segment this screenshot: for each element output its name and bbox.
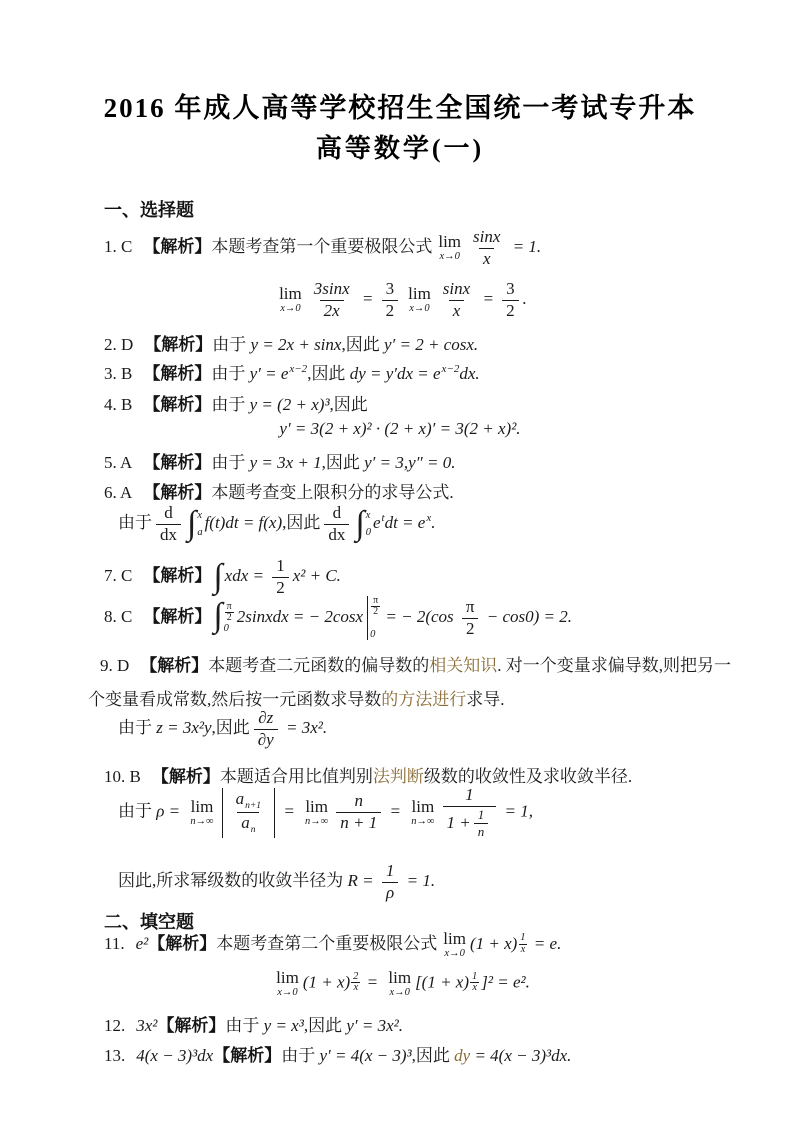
solution-line-10: 10. B【解析】本题适合用比值判别法判断级数的收敛性及求收敛半径. [0,762,800,787]
text-run: ,因此 [304,1016,347,1035]
math-run: R = [348,871,378,890]
integral-sign: ∫ [187,508,196,540]
text-run: 由于 [281,1046,319,1065]
fraction-denominator: x [479,248,495,269]
math-run: ρ = [156,802,184,821]
math-limit: limx→0 [438,233,461,263]
math-limit: limx→0 [388,969,411,999]
text-run: 相关知识 [429,656,497,675]
fraction-denominator: 2 [272,577,289,598]
math-run: dy [454,1046,470,1065]
analysis-tag: 【解析】 [143,364,211,383]
fraction-denominator: 2 [382,300,399,321]
math-limit: limx→0 [443,930,466,960]
text-run: 级数的收敛性及求收敛半径. [424,767,632,786]
superscript-fraction: 2x [351,972,360,994]
solution-line-2: 2. D【解析】由于 y = 2x + sinx,因此 y′ = 2 + cos… [0,330,800,355]
superscript-fraction: 1x [518,933,527,955]
text-run: 由于 [212,335,250,354]
math-run: 4(x − 3)³dx [136,1046,213,1065]
math-limit: limx→0 [408,285,431,315]
text-run: ,因此 [341,335,384,354]
text-run: 本题考查二元函数的偏导数的 [208,656,429,675]
math-run: y′ = 2 + cosx. [384,335,478,354]
item-label: 3. B [104,364,132,383]
fraction-denominator: x [449,300,465,321]
math-run: y′ = 3,y″ = 0. [364,453,455,472]
equation-line-10: 由于 ρ = limn→∞an+1an = limn→∞nn + 1 = lim… [0,786,800,839]
integral-limits: π20 [224,600,235,636]
math-fraction: 12 [272,557,289,597]
fraction-denominator: dx [324,524,349,545]
fraction-denominator: 2 [462,618,479,639]
item-label: 9. D [100,656,129,675]
text-run: 因此,所求幂级数的收敛半径为 [118,871,348,890]
item-label: 2. D [104,335,133,354]
text-run: 由于 [211,453,249,472]
limit-word: lim [408,285,431,302]
math-run: = [358,289,378,308]
limit-subscript: x→0 [439,252,459,263]
math-limit: limn→∞ [411,798,434,828]
limit-word: lim [279,285,302,302]
analysis-tag: 【解析】 [157,1016,225,1035]
fraction-denominator: n + 1 [336,812,381,833]
fraction-numerator: ∂z [254,709,277,729]
math-fraction: ddx [324,504,349,544]
math-run: y = x³ [264,1016,304,1035]
equation-line-1: limx→03sinx2x = 32limx→0sinxx = 32. [0,280,800,320]
math-limit: limx→0 [279,285,302,315]
section-heading-choice: 一、选择题 [0,196,800,222]
fraction-numerator: 1 [461,786,478,806]
integral-sign: ∫ [355,508,364,540]
text-run: ,因此 [412,1046,455,1065]
fraction-numerator: d [329,504,346,524]
fraction-denominator: x [470,982,479,994]
superscript-fraction: 1x [470,972,479,994]
solution-line-9-part1: 9. D【解析】本题考查二元函数的偏导数的相关知识. 对一个变量求偏导数,则把另… [0,651,800,676]
analysis-tag: 【解析】 [143,483,211,502]
integral-upper-limit: x [197,510,202,521]
fraction-denominator: dx [156,524,181,545]
math-fraction: 3sinx2x [310,280,354,320]
text-run: ,因此 [322,453,365,472]
limit-word: lim [305,798,328,815]
math-run: y = (2 + x)³ [250,395,330,414]
bar-rule [367,596,368,640]
fraction-numerator: 1 [382,862,399,882]
fraction-denominator: 1 + 1n [443,806,497,840]
math-run: dy = y′dx = e [350,364,441,383]
absolute-value: an+1an [222,788,275,838]
integral-limits: xa [197,508,202,540]
math-run: = [478,289,498,308]
integral-limits: x0 [366,508,371,540]
math-fraction: sinxx [439,280,474,320]
text-run: 本题考查变上限积分的求导公式. [211,483,453,502]
evaluation-bar: π20 [367,596,381,640]
integral-sign: ∫ [213,561,222,593]
analysis-tag: 【解析】 [143,566,211,585]
solution-line-13: 13.4(x − 3)³dx【解析】由于 y′ = 4(x − 3)³,因此 d… [0,1041,800,1066]
equation-line-6: 由于ddx∫xaf(t)dt = f(x),因此ddx∫x0etdt = ex. [0,504,800,544]
math-run: = 1, [500,802,533,821]
math-subscript: n+1 [245,801,261,811]
math-fraction: 11 + 1n [443,786,497,839]
math-run: . [431,513,435,532]
document-title-line2: 高等数学(一) [0,128,800,165]
math-run: = 1. [402,871,435,890]
text-run: 本题考查第一个重要极限公式 [211,237,432,256]
math-fraction: 32 [382,280,399,320]
math-fraction: an+1an [232,790,265,836]
math-limit: limx→0 [276,969,299,999]
fraction-denominator: ρ [382,882,398,903]
fraction-numerator: 1 [474,808,489,823]
text-run: . 对一个变量求偏导数,则把另一 [497,656,731,675]
math-superscript: x−2 [289,363,307,375]
math-fraction: 1n [474,808,489,840]
limit-subscript: x→0 [277,988,297,999]
text-run: ,因此 [282,513,320,532]
text-run: 由于 [118,718,156,737]
math-fraction: π2 [371,596,380,617]
bar-limits: π20 [370,596,381,640]
limit-word: lim [388,969,411,986]
fraction-denominator: ∂y [254,729,278,750]
math-run: dx. [459,364,479,383]
math-run: 2sinxdx = − 2cosx [237,607,363,626]
math-run: 1 + [447,814,471,833]
analysis-tag: 【解析】 [143,237,211,256]
limit-word: lim [191,798,214,815]
limit-word: lim [438,233,461,250]
solution-line-1: 1. C【解析】本题考查第一个重要极限公式limx→0sinxx = 1. [0,228,800,268]
math-run: y′ = 3x². [346,1016,403,1035]
solution-line-11: 11.e²【解析】本题考查第二个重要极限公式limx→0(1 + x)1x = … [0,929,800,960]
limit-word: lim [412,798,435,815]
item-label: 5. A [104,453,132,472]
analysis-tag: 【解析】 [152,767,220,786]
math-run: = [362,973,382,992]
math-fraction: ddx [156,504,181,544]
fraction-numerator: 3sinx [310,280,354,300]
math-fraction: ∂z∂y [254,709,278,749]
math-run: = 1. [508,237,541,256]
math-run: f(t)dt = f(x) [205,513,283,532]
integral-lower-limit: 0 [224,623,235,634]
text-run: 求导. [466,690,504,709]
math-run: a [241,813,250,832]
item-label: 8. C [104,607,132,626]
item-label: 1. C [104,237,132,256]
math-run: = [279,802,299,821]
fraction-numerator: n [351,792,368,812]
math-run: [(1 + x) [415,973,469,992]
math-fraction: π2 [462,598,479,638]
analysis-tag: 【解析】 [213,1046,281,1065]
analysis-tag: 【解析】 [143,395,211,414]
fraction-numerator: 1 [518,933,527,944]
limit-word: lim [443,930,466,947]
fraction-denominator: an [237,812,259,835]
fraction-denominator: 2 [502,300,519,321]
limit-subscript: x→0 [390,988,410,999]
fraction-numerator: 3 [502,280,519,300]
fraction-denominator: x [351,982,360,994]
integral: ∫xa [187,508,203,540]
fraction-numerator: d [160,504,177,524]
text-run: 由于 [225,1016,263,1035]
solution-line-12: 12.3x²【解析】由于 y = x³,因此 y′ = 3x². [0,1011,800,1036]
math-run: (1 + x) [470,934,517,953]
math-run: = − 2(cos [381,607,458,626]
solution-line-6: 6. A【解析】本题考查变上限积分的求导公式. [0,478,800,503]
math-fraction: nn + 1 [336,792,381,832]
math-run: ]² = e². [481,973,530,992]
document-title-line1: 2016 年成人高等学校招生全国统一考试专升本 [0,86,800,125]
math-fraction: π2 [225,602,234,623]
analysis-tag: 【解析】 [143,453,211,472]
analysis-tag: 【解析】 [140,656,208,675]
integral-sign: ∫ [213,600,222,636]
fraction-numerator: sinx [469,228,504,248]
fraction-numerator: 1 [272,557,289,577]
text-run: ,因此 [307,364,350,383]
equation-line-9: 由于 z = 3x²y,因此∂z∂y = 3x². [0,709,800,749]
item-label: 6. A [104,483,132,502]
math-run: z = 3x²y [156,718,211,737]
fraction-numerator: π [371,596,380,606]
math-run: xdx = [225,566,269,585]
text-run: 个变量看成常数,然后按一元函数求导数 [88,690,381,709]
text-run: ,因此 [212,718,250,737]
math-run: a [236,789,245,808]
limit-subscript: n→∞ [305,817,328,828]
text-run: 由于 [211,395,249,414]
fraction-denominator: 2 [225,612,234,623]
math-run: . [523,289,527,308]
math-run: = 4(x − 3)³dx. [470,1046,571,1065]
limit-subscript: x→0 [444,949,464,960]
analysis-tag: 【解析】 [148,934,216,953]
fraction-numerator: π [462,598,479,618]
math-fraction: 1ρ [382,862,399,902]
fraction-numerator: sinx [439,280,474,300]
solution-line-8: 8. C【解析】∫π202sinxdx = − 2cosxπ20 = − 2(c… [0,596,800,640]
math-fraction: 32 [502,280,519,320]
solution-line-9-part2: 个变量看成常数,然后按一元函数求导数的方法进行求导. [0,685,800,710]
fraction-numerator: π [225,602,234,612]
integral: ∫π20 [213,600,234,636]
analysis-tag: 【解析】 [143,607,211,626]
limit-subscript: n→∞ [190,817,213,828]
text-run: 由于 [118,513,152,532]
math-superscript: x−2 [442,363,460,375]
math-limit: limn→∞ [190,798,213,828]
analysis-tag: 【解析】 [144,335,212,354]
integral-upper-limit: x [366,510,371,521]
item-label: 4. B [104,395,132,414]
fraction-denominator: 2 [371,606,380,617]
limit-subscript: x→0 [409,304,429,315]
equation-line-4: y′ = 3(2 + x)² · (2 + x)′ = 3(2 + x)². [0,419,800,439]
fraction-denominator: x [519,944,528,956]
solution-line-10-part2: 因此,所求幂级数的收敛半径为 R = 1ρ = 1. [0,862,800,902]
text-run: 法判断 [373,767,424,786]
math-run: y = 2x + sinx [251,335,342,354]
text-run: 本题考查第二个重要极限公式 [216,934,437,953]
math-run: x² + C. [293,566,341,585]
math-run: 3x² [136,1016,157,1035]
math-limit: limn→∞ [305,798,328,828]
bar-lower-limit: 0 [370,629,381,640]
math-run: (1 + x) [303,973,350,992]
math-run: = 3x². [282,718,327,737]
integral: ∫x0 [355,508,371,540]
math-run: = e. [530,934,562,953]
fraction-numerator: 2 [351,972,360,983]
item-label: 13. [104,1046,125,1065]
fraction-denominator: 2x [320,300,344,321]
solution-line-4: 4. B【解析】由于 y = (2 + x)³,因此 [0,390,800,415]
fraction-numerator: 1 [470,972,479,983]
fraction-denominator: n [474,823,489,839]
solution-line-3: 3. B【解析】由于 y′ = ex−2,因此 dy = y′dx = ex−2… [0,359,800,384]
math-run: y′ = 4(x − 3)³ [319,1046,411,1065]
math-fraction: sinxx [469,228,504,268]
math-run: = [385,802,405,821]
text-run: 本题适合用比值判别 [220,767,373,786]
limit-subscript: n→∞ [411,817,434,828]
fraction-numerator: 3 [382,280,399,300]
equation-line-11: limx→0(1 + x)2x = limx→0[(1 + x)1x]² = e… [0,969,800,999]
fraction-numerator: an+1 [232,790,265,812]
text-run: 由于 [211,364,249,383]
math-run: dt = e [385,513,426,532]
integral-lower-limit: 0 [366,527,371,538]
limit-subscript: x→0 [280,304,300,315]
text-run: 由于 [118,802,156,821]
math-run: y′ = e [250,364,289,383]
math-run: y = 3x + 1 [250,453,322,472]
text-run: ,因此 [330,395,368,414]
math-run: − cos0) = 2. [483,607,573,626]
solution-line-5: 5. A【解析】由于 y = 3x + 1,因此 y′ = 3,y″ = 0. [0,448,800,473]
math-run: e [373,513,381,532]
item-label: 11. [104,934,125,953]
solution-line-7: 7. C【解析】∫xdx = 12x² + C. [0,557,800,597]
document-page: 2016 年成人高等学校招生全国统一考试专升本 高等数学(一) 一、选择题 1.… [0,0,800,1145]
limit-word: lim [276,969,299,986]
item-label: 10. B [104,767,141,786]
math-run: y′ = 3(2 + x)² · (2 + x)′ = 3(2 + x)². [279,419,520,438]
item-label: 7. C [104,566,132,585]
item-label: 12. [104,1016,125,1035]
text-run: 的方法进行 [381,690,466,709]
integral-lower-limit: a [197,527,202,538]
math-subscript: n [251,825,256,835]
integral: ∫ [213,561,222,593]
math-run: e² [136,934,149,953]
